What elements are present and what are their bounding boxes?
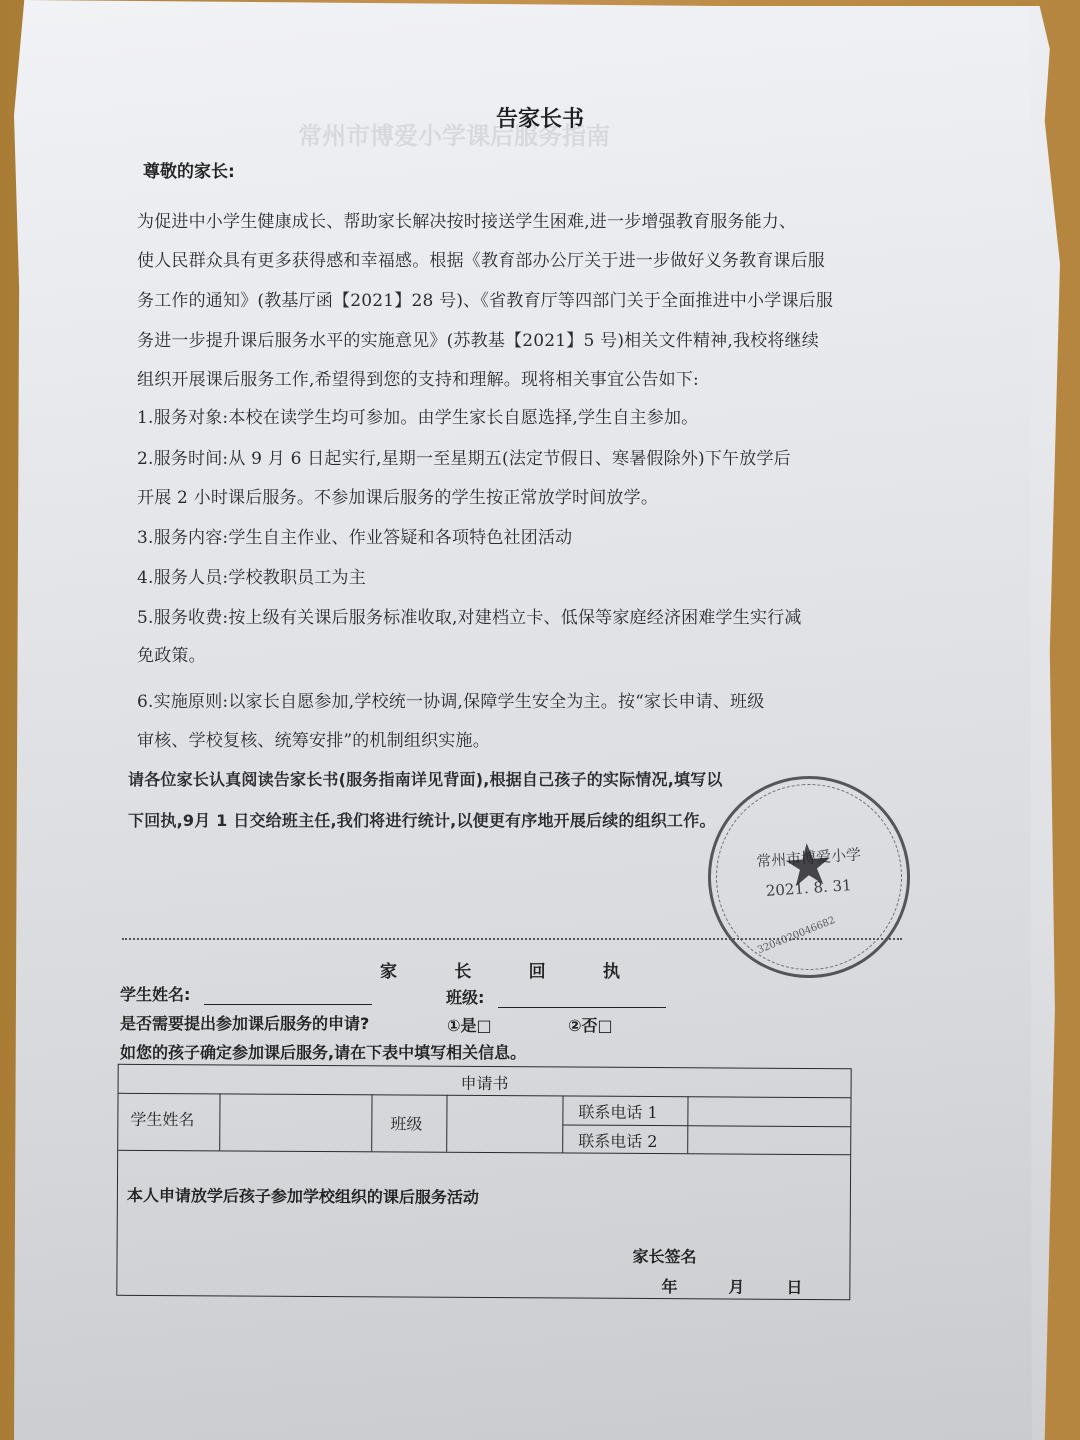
class-blank[interactable] bbox=[498, 991, 666, 1008]
body-line: 免政策。 bbox=[137, 641, 206, 666]
parent-signature-label: 家长签名 bbox=[632, 1244, 696, 1267]
date-day-label: 日 bbox=[786, 1275, 802, 1298]
student-name-label: 学生姓名: bbox=[120, 985, 190, 1004]
date-year-label: 年 bbox=[661, 1274, 677, 1297]
item-service-fee: 5.服务收费:按上级有关课后服务标准收取,对建档立卡、低保等家庭经济困难学生实行… bbox=[137, 603, 802, 628]
parent-signature-field[interactable] bbox=[708, 1238, 828, 1263]
phone2-input-cell[interactable] bbox=[689, 1127, 848, 1153]
fill-instruction: 如您的孩子确定参加课后服务,请在下表中填写相关信息。 bbox=[120, 1040, 526, 1063]
body-line: 务进一步提升课后服务水平的实施意见》(苏教基【2021】5 号)相关文件精神,我… bbox=[137, 326, 819, 351]
form-title: 申请书 bbox=[119, 1069, 851, 1096]
application-statement: 本人申请放学后孩子参加学校组织的课后服务活动 bbox=[127, 1183, 479, 1208]
salutation: 尊敬的家长: bbox=[143, 157, 235, 182]
date-month-label: 月 bbox=[728, 1274, 744, 1297]
item-service-staff: 4.服务人员:学校教职员工为主 bbox=[137, 563, 366, 588]
student-name-blank[interactable] bbox=[204, 988, 372, 1005]
class-row: 班级: bbox=[446, 985, 666, 1008]
receipt-title-char: 执 bbox=[603, 957, 620, 982]
class-input-cell[interactable] bbox=[448, 1097, 560, 1151]
item-service-content: 3.服务内容:学生自主作业、作业答疑和各项特色社团活动 bbox=[137, 523, 572, 548]
document-title: 告家长书 bbox=[0, 102, 1080, 133]
receipt-title-char: 家 bbox=[380, 957, 397, 982]
table-rule bbox=[371, 1094, 372, 1151]
closing-line: 下回执,9月 1 日交给班主任,我们将进行统计,以便更有序地开展后续的组织工作。 bbox=[128, 808, 716, 831]
official-seal: ★ 常州市博爱小学 2021. 8. 31 3204020046682 bbox=[701, 769, 917, 985]
notice-document: 常州市博爱小学课后服务指南 告家长书 尊敬的家长: 为促进中小学生健康成长、帮助… bbox=[0, 0, 1080, 1440]
phone1-input-cell[interactable] bbox=[689, 1098, 848, 1125]
body-line: 审核、学校复核、统筹安排”的机制组织实施。 bbox=[137, 726, 490, 751]
cut-line bbox=[122, 938, 902, 940]
option-no-checkbox[interactable]: ②否□ bbox=[568, 1013, 613, 1036]
body-line: 务工作的通知》(教基厅函【2021】28 号)、《省教育厅等四部门关于全面推进中… bbox=[137, 286, 833, 311]
body-line: 开展 2 小时课后服务。不参加课后服务的学生按正常放学时间放学。 bbox=[137, 483, 658, 508]
body-line: 使人民群众具有更多获得感和幸福感。根据《教育部办公厅关于进一步做好义务教育课后服 bbox=[137, 246, 825, 271]
item-service-time: 2.服务时间:从 9 月 6 日起实行,星期一至星期五(法定节假日、寒暑假除外)… bbox=[137, 444, 791, 469]
student-name-header: 学生姓名 bbox=[130, 1107, 194, 1130]
student-name-input-cell[interactable] bbox=[221, 1095, 369, 1149]
item-service-target: 1.服务对象:本校在读学生均可参加。由学生家长自愿选择,学生自主参加。 bbox=[137, 403, 698, 428]
phone2-header: 联系电话 2 bbox=[578, 1129, 657, 1152]
phone1-header: 联系电话 1 bbox=[578, 1100, 657, 1123]
body-line: 为促进中小学生健康成长、帮助家长解决按时接送学生困难,进一步增强教育服务能力、 bbox=[137, 207, 796, 232]
receipt-title: 家 长 回 执 bbox=[380, 957, 620, 982]
student-name-row: 学生姓名: bbox=[120, 982, 372, 1005]
option-yes-checkbox[interactable]: ①是□ bbox=[447, 1013, 492, 1036]
application-form-table: 申请书 学生姓名 班级 联系电话 1 联系电话 2 本人申请放学后孩子参加学校组… bbox=[116, 1064, 851, 1300]
receipt-title-char: 回 bbox=[529, 957, 546, 982]
apply-question: 是否需要提出参加课后服务的申请? bbox=[120, 1011, 369, 1034]
class-label: 班级: bbox=[446, 988, 484, 1007]
closing-line: 请各位家长认真阅读告家长书(服务指南详见背面),根据自己孩子的实际情况,填写以 bbox=[128, 767, 723, 790]
receipt-title-char: 长 bbox=[454, 957, 471, 982]
body-line: 组织开展课后服务工作,希望得到您的支持和理解。现将相关事宜公告如下: bbox=[137, 365, 699, 390]
class-header: 班级 bbox=[390, 1111, 422, 1134]
item-principle: 6.实施原则:以家长自愿参加,学校统一协调,保障学生安全为主。按“家长申请、班级 bbox=[137, 687, 764, 712]
